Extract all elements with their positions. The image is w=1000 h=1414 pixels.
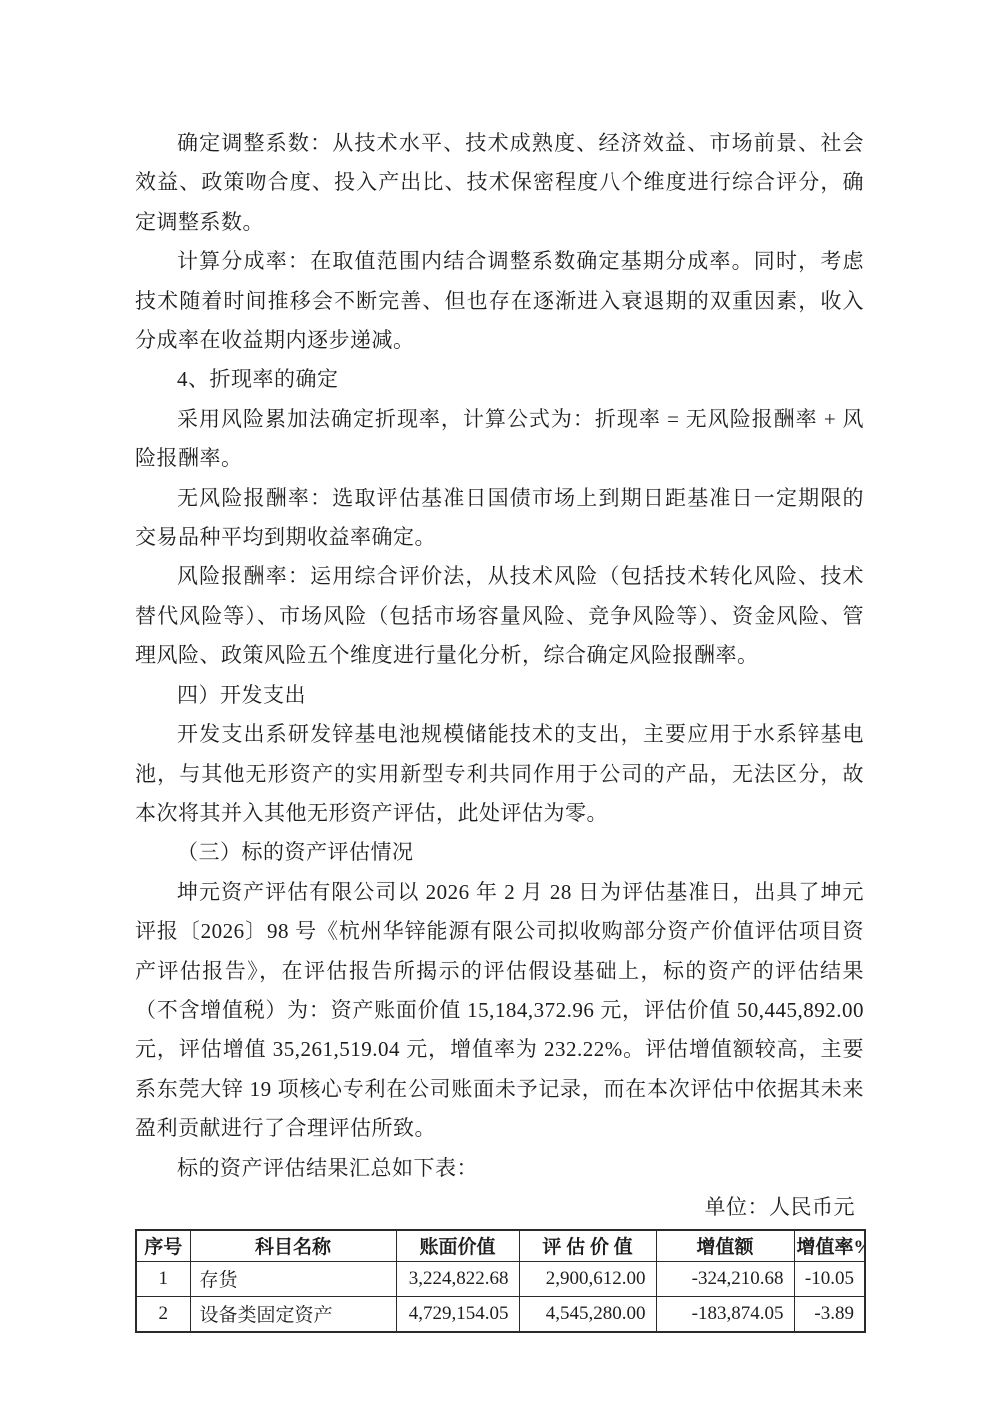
paragraph: 4、折现率的确定 (135, 360, 864, 399)
table-cell: 3,224,822.68 (396, 1261, 519, 1296)
table-cell: -3.89 (794, 1296, 865, 1332)
table-cell: 设备类固定资产 (190, 1296, 396, 1332)
paragraphs: 确定调整系数：从技术水平、技术成熟度、经济效益、市场前景、社会效益、政策吻合度、… (135, 124, 864, 1188)
paragraph: 采用风险累加法确定折现率，计算公式为：折现率 = 无风险报酬率 + 风险报酬率。 (135, 400, 864, 479)
table-header: 序号科目名称账面价值评 估 价 值增值额增值率% (136, 1230, 865, 1262)
paragraph: （三）标的资产评估情况 (135, 833, 864, 872)
header-cell: 账面价值 (396, 1230, 519, 1262)
header-cell: 增值率% (794, 1230, 865, 1262)
table-cell: 2 (136, 1296, 190, 1332)
table-cell: 4,729,154.05 (396, 1296, 519, 1332)
header-cell: 序号 (136, 1230, 190, 1262)
table-header-row: 序号科目名称账面价值评 估 价 值增值额增值率% (136, 1230, 865, 1262)
document-page: 确定调整系数：从技术水平、技术成熟度、经济效益、市场前景、社会效益、政策吻合度、… (0, 0, 1000, 1414)
document-content: 确定调整系数：从技术水平、技术成熟度、经济效益、市场前景、社会效益、政策吻合度、… (135, 124, 864, 1333)
paragraph: 无风险报酬率：选取评估基准日国债市场上到期日距基准日一定期限的交易品种平均到期收… (135, 479, 864, 558)
paragraph: 坤元资产评估有限公司以 2026 年 2 月 28 日为评估基准日，出具了坤元评… (135, 873, 864, 1149)
table-body: 1存货3,224,822.682,900,612.00-324,210.68-1… (136, 1261, 865, 1332)
header-cell: 科目名称 (190, 1230, 396, 1262)
paragraph: 计算分成率：在取值范围内结合调整系数确定基期分成率。同时，考虑技术随着时间推移会… (135, 242, 864, 360)
table-row: 1存货3,224,822.682,900,612.00-324,210.68-1… (136, 1261, 865, 1296)
table-cell: 2,900,612.00 (519, 1261, 656, 1296)
table-cell: -183,874.05 (656, 1296, 794, 1332)
paragraph: 风险报酬率：运用综合评价法，从技术风险（包括技术转化风险、技术替代风险等）、市场… (135, 557, 864, 675)
table-cell: -324,210.68 (656, 1261, 794, 1296)
paragraph: 开发支出系研发锌基电池规模储能技术的支出，主要应用于水系锌基电池，与其他无形资产… (135, 715, 864, 833)
paragraph: 标的资产评估结果汇总如下表： (135, 1149, 864, 1188)
table-row: 2设备类固定资产4,729,154.054,545,280.00-183,874… (136, 1296, 865, 1332)
header-cell: 增值额 (656, 1230, 794, 1262)
table-cell: 1 (136, 1261, 190, 1296)
paragraph: 四）开发支出 (135, 676, 864, 715)
asset-valuation-summary-table: 序号科目名称账面价值评 估 价 值增值额增值率% 1存货3,224,822.68… (135, 1229, 866, 1333)
table-cell: 4,545,280.00 (519, 1296, 656, 1332)
unit-note: 单位：人民币元 (135, 1192, 855, 1222)
header-cell: 评 估 价 值 (519, 1230, 656, 1262)
paragraph: 确定调整系数：从技术水平、技术成熟度、经济效益、市场前景、社会效益、政策吻合度、… (135, 124, 864, 242)
table-cell: 存货 (190, 1261, 396, 1296)
table-cell: -10.05 (794, 1261, 865, 1296)
